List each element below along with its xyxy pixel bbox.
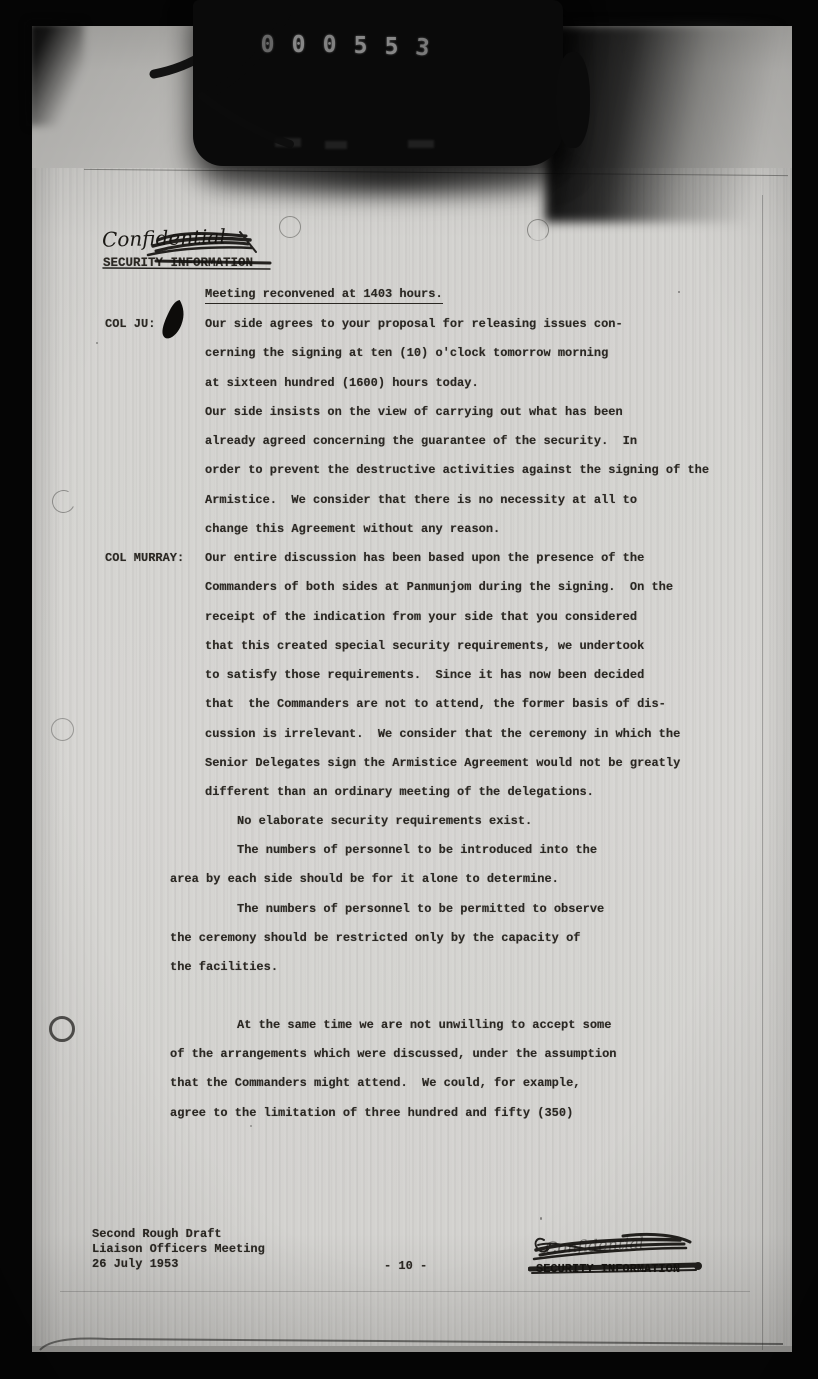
speaker-label-col-ju: COL JU:: [105, 317, 155, 332]
typed-line: Commanders of both sides at Panmunjom du…: [205, 580, 673, 595]
counter-digit: 5: [345, 27, 376, 65]
typed-line: to satisfy those requirements. Since it …: [205, 668, 644, 683]
meeting-heading: Meeting reconvened at 1403 hours.: [205, 287, 443, 304]
speck: [540, 1217, 542, 1220]
counter-digit: 3: [405, 27, 440, 68]
film-border-bottom: [0, 1352, 818, 1379]
counter-digit: 0: [283, 26, 314, 64]
frame-counter-readout: 000553: [252, 26, 464, 66]
typed-line: receipt of the indication from your side…: [205, 610, 637, 625]
typed-line: change this Agreement without any reason…: [205, 522, 500, 537]
footer-meeting-label: Liaison Officers Meeting: [92, 1242, 265, 1257]
counter-digit: 0: [252, 26, 283, 64]
speck: [678, 291, 680, 293]
device-knob: [556, 52, 590, 148]
footer-draft-label: Second Rough Draft: [92, 1227, 222, 1242]
typed-line: order to prevent the destructive activit…: [205, 463, 709, 478]
typed-line: Our side insists on the view of carrying…: [205, 405, 623, 420]
microfilm-frame: 000553 Confidential SECURITY INFORMATION…: [0, 0, 818, 1379]
page-right-crease: [762, 195, 763, 1350]
punch-hole-mark: [49, 1016, 75, 1042]
counter-digit: 0: [314, 26, 345, 64]
punch-hole-mark: [51, 718, 74, 741]
strikeout-scribble-bottom: [528, 1228, 713, 1283]
typed-line: Our side agrees to your proposal for rel…: [205, 317, 623, 332]
typed-line: cussion is irrelevant. We consider that …: [205, 727, 680, 742]
corner-shadow: [28, 22, 84, 126]
typed-line: Our entire discussion has been based upo…: [205, 551, 644, 566]
page-bottom-crease: [60, 1291, 750, 1292]
typed-line: Armistice. We consider that there is no …: [205, 493, 637, 508]
film-border-left: [0, 0, 32, 1379]
strikeout-scribble-top: [98, 222, 288, 277]
typed-line: of the arrangements which were discussed…: [170, 1047, 616, 1062]
film-border-right: [792, 0, 818, 1379]
typed-line: the facilities.: [170, 960, 278, 975]
typed-line: cerning the signing at ten (10) o'clock …: [205, 346, 608, 361]
typed-line: different than an ordinary meeting of th…: [205, 785, 594, 800]
typed-line: agree to the limitation of three hundred…: [170, 1106, 573, 1121]
typed-line: At the same time we are not unwilling to…: [237, 1018, 611, 1033]
typed-line: The numbers of personnel to be introduce…: [237, 843, 597, 858]
typed-line: that the Commanders might attend. We cou…: [170, 1076, 580, 1091]
page-number: - 10 -: [384, 1259, 427, 1274]
typed-line: that the Commanders are not to attend, t…: [205, 697, 666, 712]
footer-date: 26 July 1953: [92, 1257, 178, 1272]
speaker-label-col-murray: COL MURRAY:: [105, 551, 184, 566]
counter-digit: 5: [376, 28, 407, 66]
typed-line: the ceremony should be restricted only b…: [170, 931, 580, 946]
typed-line: already agreed concerning the guarantee …: [205, 434, 637, 449]
binder-ring-mark: [527, 219, 549, 241]
typed-line: area by each side should be for it alone…: [170, 872, 559, 887]
speck: [250, 1125, 252, 1127]
typed-line: at sixteen hundred (1600) hours today.: [205, 376, 479, 391]
speck: [96, 342, 98, 344]
typed-line: Senior Delegates sign the Armistice Agre…: [205, 756, 680, 771]
device-clip: [408, 140, 434, 148]
typed-line: that this created special security requi…: [205, 639, 644, 654]
typed-line: No elaborate security requirements exist…: [237, 814, 532, 829]
typed-line: The numbers of personnel to be permitted…: [237, 902, 604, 917]
page-bottom-edge: [38, 1330, 788, 1354]
